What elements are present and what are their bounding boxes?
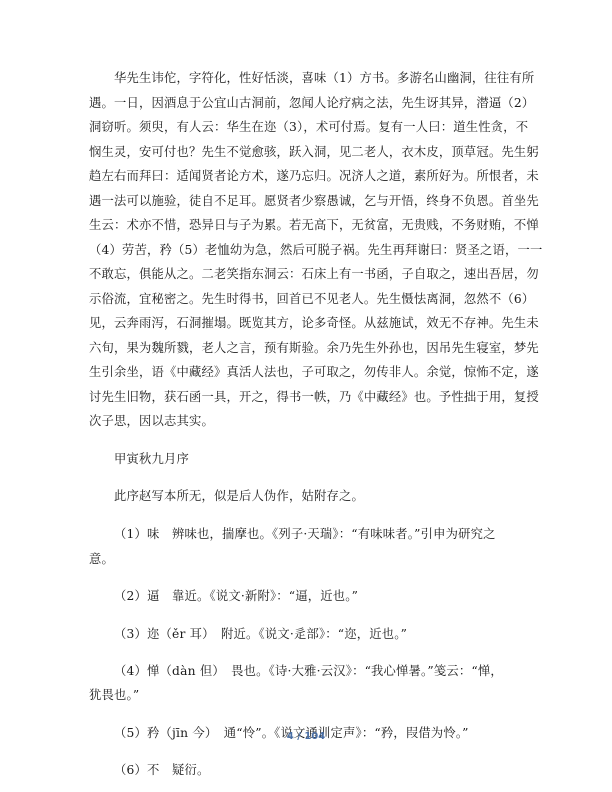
footnote-3: （3）迩（ěr 耳） 附近。《说文·辵部》：“迩，近也。” xyxy=(114,626,554,642)
editor-note: 此序赵写本所无，似是后人伪作，姑附存之。 xyxy=(114,488,554,504)
footnote-6: （6）不 疑衍。 xyxy=(114,762,554,778)
preface-line: 华先生讳佗，字符化，性好恬淡，喜味（1）方书。多游名山幽洞，往往有所 xyxy=(114,70,554,86)
page-indicator: 4 / 104 xyxy=(0,731,612,742)
preface-line: 洞窃听。须臾，有人云：华生在迩（3），术可付焉。复有一人曰：道生性贪，不 xyxy=(89,119,529,135)
preface-line: 六旬，果为魏所戮，老人之言，预有斯验。余乃先生外孙也，因吊先生寝室，梦先 xyxy=(89,340,529,356)
preface-line: 悯生灵，安可付也？先生不觉愈骇，跃入洞，见二老人，衣木皮，顶草冠。先生躬 xyxy=(89,144,529,160)
preface-line: 生云：术亦不惜，恐异日与子为累。若无高下，无贫富，无贵贱，不务财贿，不惮 xyxy=(89,217,529,233)
footnote-4: （4）惮（dàn 但） 畏也。《诗·大雅·云汉》：“我心惮暑。”笺云：“惮， xyxy=(114,663,554,679)
preface-line: 见，云奔雨泻，石洞摧塌。既览其方，论多奇怪。从兹施试，效无不存神。先生未 xyxy=(89,315,529,331)
preface-line: 次子思，因以志其实。 xyxy=(89,413,529,429)
footnote-1: （1）味 辨味也，揣摩也。《列子·天瑞》：“有味味者。”引申为研究之 xyxy=(114,526,554,542)
preface-line: 趋左右而拜曰：适闻贤者论方术，遂乃忘归。况济人之道，素所好为。所恨者，未 xyxy=(89,168,529,184)
preface-line: 生引余坐，语《中藏经》真活人法也，子可取之，勿传非人。余觉，惊怖不定，遂 xyxy=(89,364,529,380)
footnote-1-cont: 意。 xyxy=(89,551,529,567)
date-line: 甲寅秋九月序 xyxy=(114,451,554,467)
preface-line: 讨先生旧物，获石函一具，开之，得书一帙，乃《中藏经》也。予性拙于用，复授 xyxy=(89,389,529,405)
preface-line: 示俗流，宜秘密之。先生时得书，回首已不见老人。先生慑怯离洞，忽然不（6） xyxy=(89,291,529,307)
footnote-2: （2）逼 靠近。《说文·新附》：“逼，近也。” xyxy=(114,588,554,604)
preface-line: （4）劳苦，矜（5）老恤幼为急，然后可脱子祸。先生再拜谢曰：贤圣之语，一一 xyxy=(89,242,529,258)
footnote-4-cont: 犹畏也。” xyxy=(89,687,529,703)
preface-line: 遇一法可以施验，徒自不足耳。愿贤者少察愚诚，乞与开悟，终身不负恩。首坐先 xyxy=(89,193,529,209)
document-page: 华先生讳佗，字符化，性好恬淡，喜味（1）方书。多游名山幽洞，往往有所 遇。一日，… xyxy=(0,0,612,792)
preface-line: 不敢忘，俱能从之。二老笑指东洞云：石床上有一书函，子自取之，速出吾居，勿 xyxy=(89,266,529,282)
preface-line: 遇。一日，因酒息于公宜山古洞前，忽闻人论疗病之法，先生讶其异，潜逼（2） xyxy=(89,95,529,111)
